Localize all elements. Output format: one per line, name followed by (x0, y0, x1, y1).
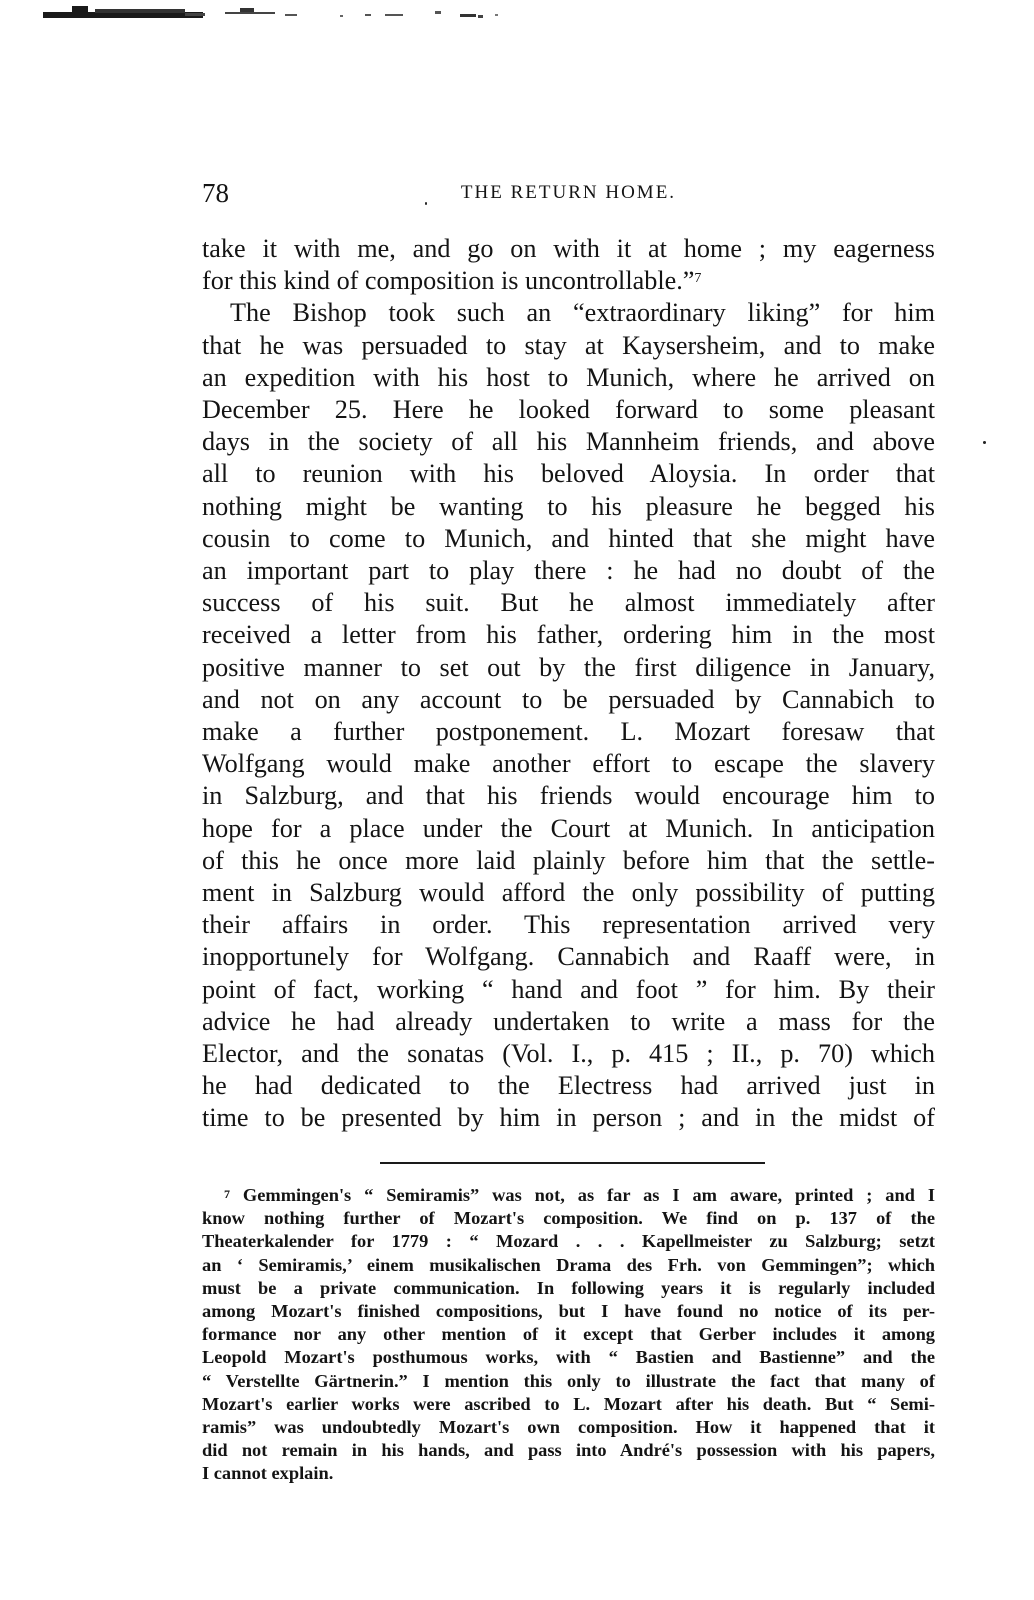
body-line-text: for this kind of composition is uncontro… (202, 266, 694, 295)
body-line: ment in Salzburg would afford the only p… (202, 877, 935, 909)
footnote-marker: 7 (224, 1187, 230, 1201)
scan-artifact-top-edge (0, 0, 1034, 30)
footnote-line: formance nor any other mention of it exc… (202, 1323, 935, 1346)
footnote-line: did not remain in his hands, and pass in… (202, 1439, 935, 1462)
footnote-line: an ‘ Semiramis,’ einem musikalischen Dra… (202, 1254, 935, 1277)
footnote-line: Leopold Mozart's posthumous works, with … (202, 1346, 935, 1369)
footnote-block: 7 Gemmingen's “ Semiramis” was not, as f… (202, 1184, 935, 1486)
body-line: all to reunion with his beloved Aloysia.… (202, 458, 935, 490)
running-head: 78 THE RETURN HOME. (202, 178, 935, 208)
body-line: an expedition with his host to Munich, w… (202, 362, 935, 394)
body-line: point of fact, working “ hand and foot ”… (202, 974, 935, 1006)
scan-speck (983, 441, 986, 444)
body-line: days in the society of all his Mannheim … (202, 426, 935, 458)
body-line: an important part to play there : he had… (202, 555, 935, 587)
body-line: nothing might be wanting to his pleasure… (202, 491, 935, 523)
body-line: that he was persuaded to stay at Kaysers… (202, 330, 935, 362)
footnote-line: must be a private communication. In foll… (202, 1277, 935, 1300)
footnote-reference[interactable]: 7 (694, 271, 701, 286)
body-line: December 25. Here he looked forward to s… (202, 394, 935, 426)
footnote-line: among Mozart's finished compositions, bu… (202, 1300, 935, 1323)
body-line: positive manner to set out by the first … (202, 652, 935, 684)
running-title: THE RETURN HOME. (202, 182, 935, 204)
body-line: time to be presented by him in person ; … (202, 1102, 935, 1134)
body-line: of this he once more laid plainly before… (202, 845, 935, 877)
body-line: cousin to come to Munich, and hinted tha… (202, 523, 935, 555)
body-line: he had dedicated to the Electress had ar… (202, 1070, 935, 1102)
footnote-line: ramis” was undoubtedly Mozart's own comp… (202, 1416, 935, 1439)
body-line: advice he had already undertaken to writ… (202, 1006, 935, 1038)
footnote-line: “ Verstellte Gärtnerin.” I mention this … (202, 1370, 935, 1393)
body-line: hope for a place under the Court at Muni… (202, 813, 935, 845)
body-line: inopportunely for Wolfgang. Cannabich an… (202, 941, 935, 973)
body-text: take it with me, and go on with it at ho… (202, 233, 935, 1135)
body-line: Elector, and the sonatas (Vol. I., p. 41… (202, 1038, 935, 1070)
body-line-with-footnote-ref: for this kind of composition is uncontro… (202, 265, 935, 297)
body-line: their affairs in order. This representat… (202, 909, 935, 941)
scan-speck (425, 202, 427, 205)
footnote-line: know nothing further of Mozart's composi… (202, 1207, 935, 1230)
body-line: received a letter from his father, order… (202, 619, 935, 651)
body-line: take it with me, and go on with it at ho… (202, 233, 935, 265)
body-line: Wolfgang would make another effort to es… (202, 748, 935, 780)
footnote-divider (380, 1162, 765, 1164)
footnote-line: I cannot explain. (202, 1462, 935, 1485)
body-line: and not on any account to be persuaded b… (202, 684, 935, 716)
body-line: success of his suit. But he almost immed… (202, 587, 935, 619)
footnote-line: Mozart's earlier works were ascribed to … (202, 1393, 935, 1416)
body-line: make a further postponement. L. Mozart f… (202, 716, 935, 748)
footnote-line-text: Gemmingen's “ Semiramis” was not, as far… (243, 1185, 935, 1205)
footnote-line-first: 7 Gemmingen's “ Semiramis” was not, as f… (202, 1184, 935, 1207)
footnote-line: Theaterkalender for 1779 : “ Mozard . . … (202, 1230, 935, 1253)
body-line: in Salzburg, and that his friends would … (202, 780, 935, 812)
body-line: The Bishop took such an “extraordinary l… (202, 297, 935, 329)
